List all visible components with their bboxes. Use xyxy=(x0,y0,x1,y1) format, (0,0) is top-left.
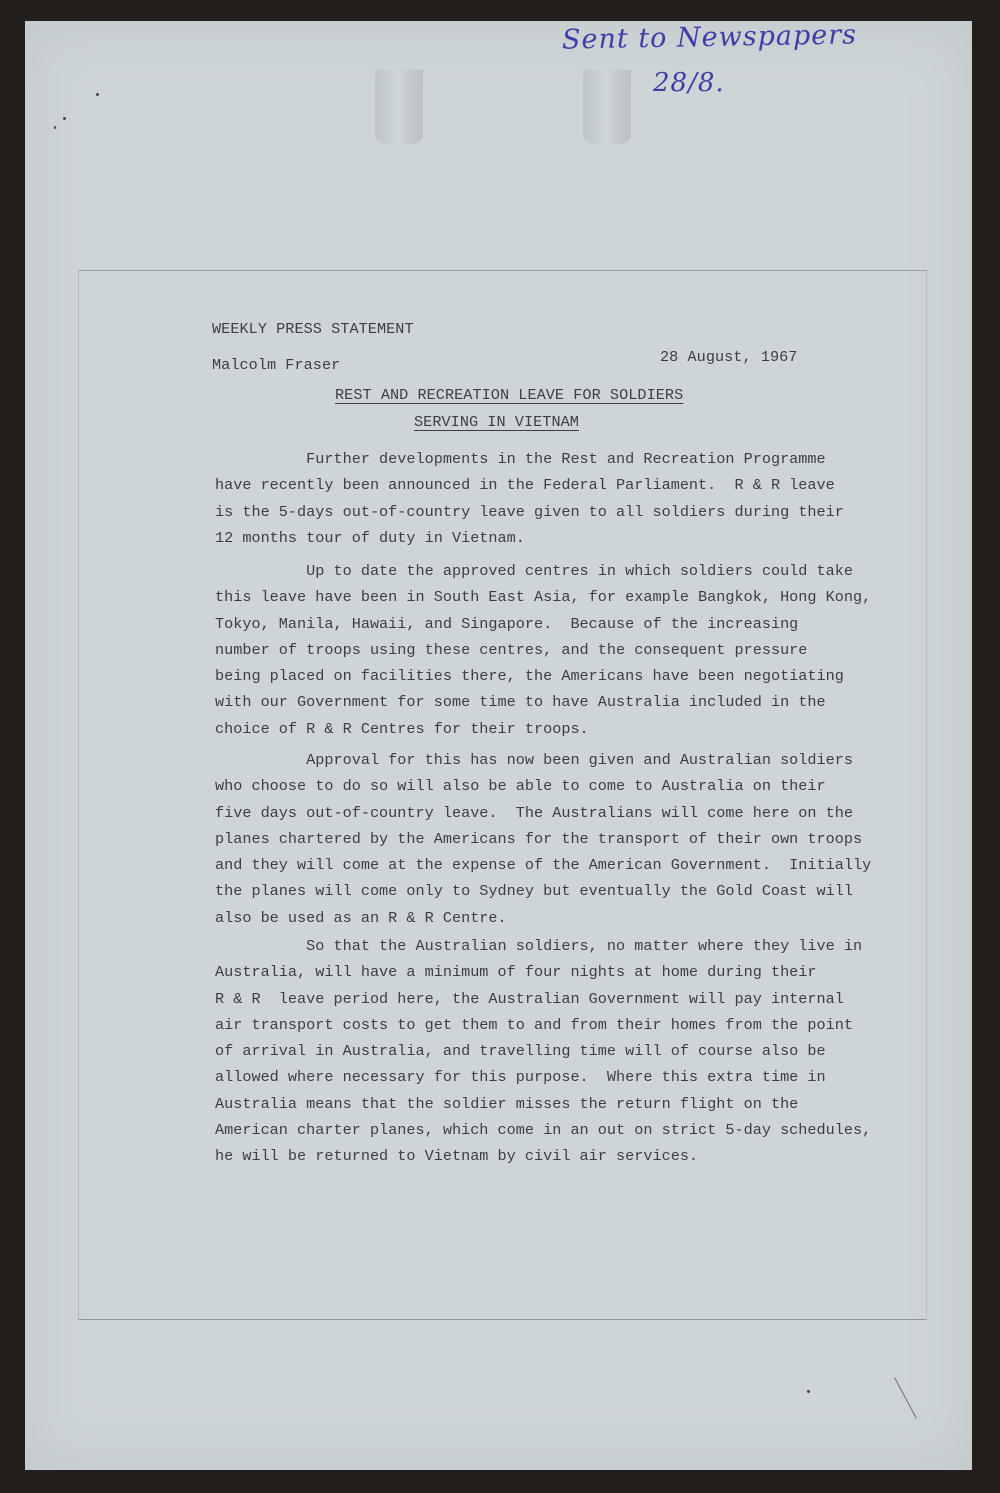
paragraph-3: Approval for this has now been given and… xyxy=(215,747,865,931)
document-label: WEEKLY PRESS STATEMENT xyxy=(212,316,414,342)
paragraph-2: Up to date the approved centres in which… xyxy=(215,558,865,742)
document-title-line1: REST AND RECREATION LEAVE FOR SOLDIERS xyxy=(335,382,683,408)
handwritten-note-date: 28/8. xyxy=(653,68,725,98)
punch-hole-right xyxy=(583,70,631,144)
paper-speck xyxy=(54,126,56,129)
punch-hole-left xyxy=(375,70,423,144)
document-date: 28 August, 1967 xyxy=(660,344,797,370)
paragraph-1: Further developments in the Rest and Rec… xyxy=(215,446,865,551)
paper-speck xyxy=(96,93,99,96)
handwritten-note-sent-to: Sent to Newspapers xyxy=(562,19,857,55)
paper-speck xyxy=(63,117,66,120)
paragraph-4: So that the Australian soldiers, no matt… xyxy=(215,933,865,1170)
document-author: Malcolm Fraser xyxy=(212,352,340,378)
paper-speck xyxy=(807,1390,810,1393)
document-title-line2: SERVING IN VIETNAM xyxy=(414,409,579,435)
